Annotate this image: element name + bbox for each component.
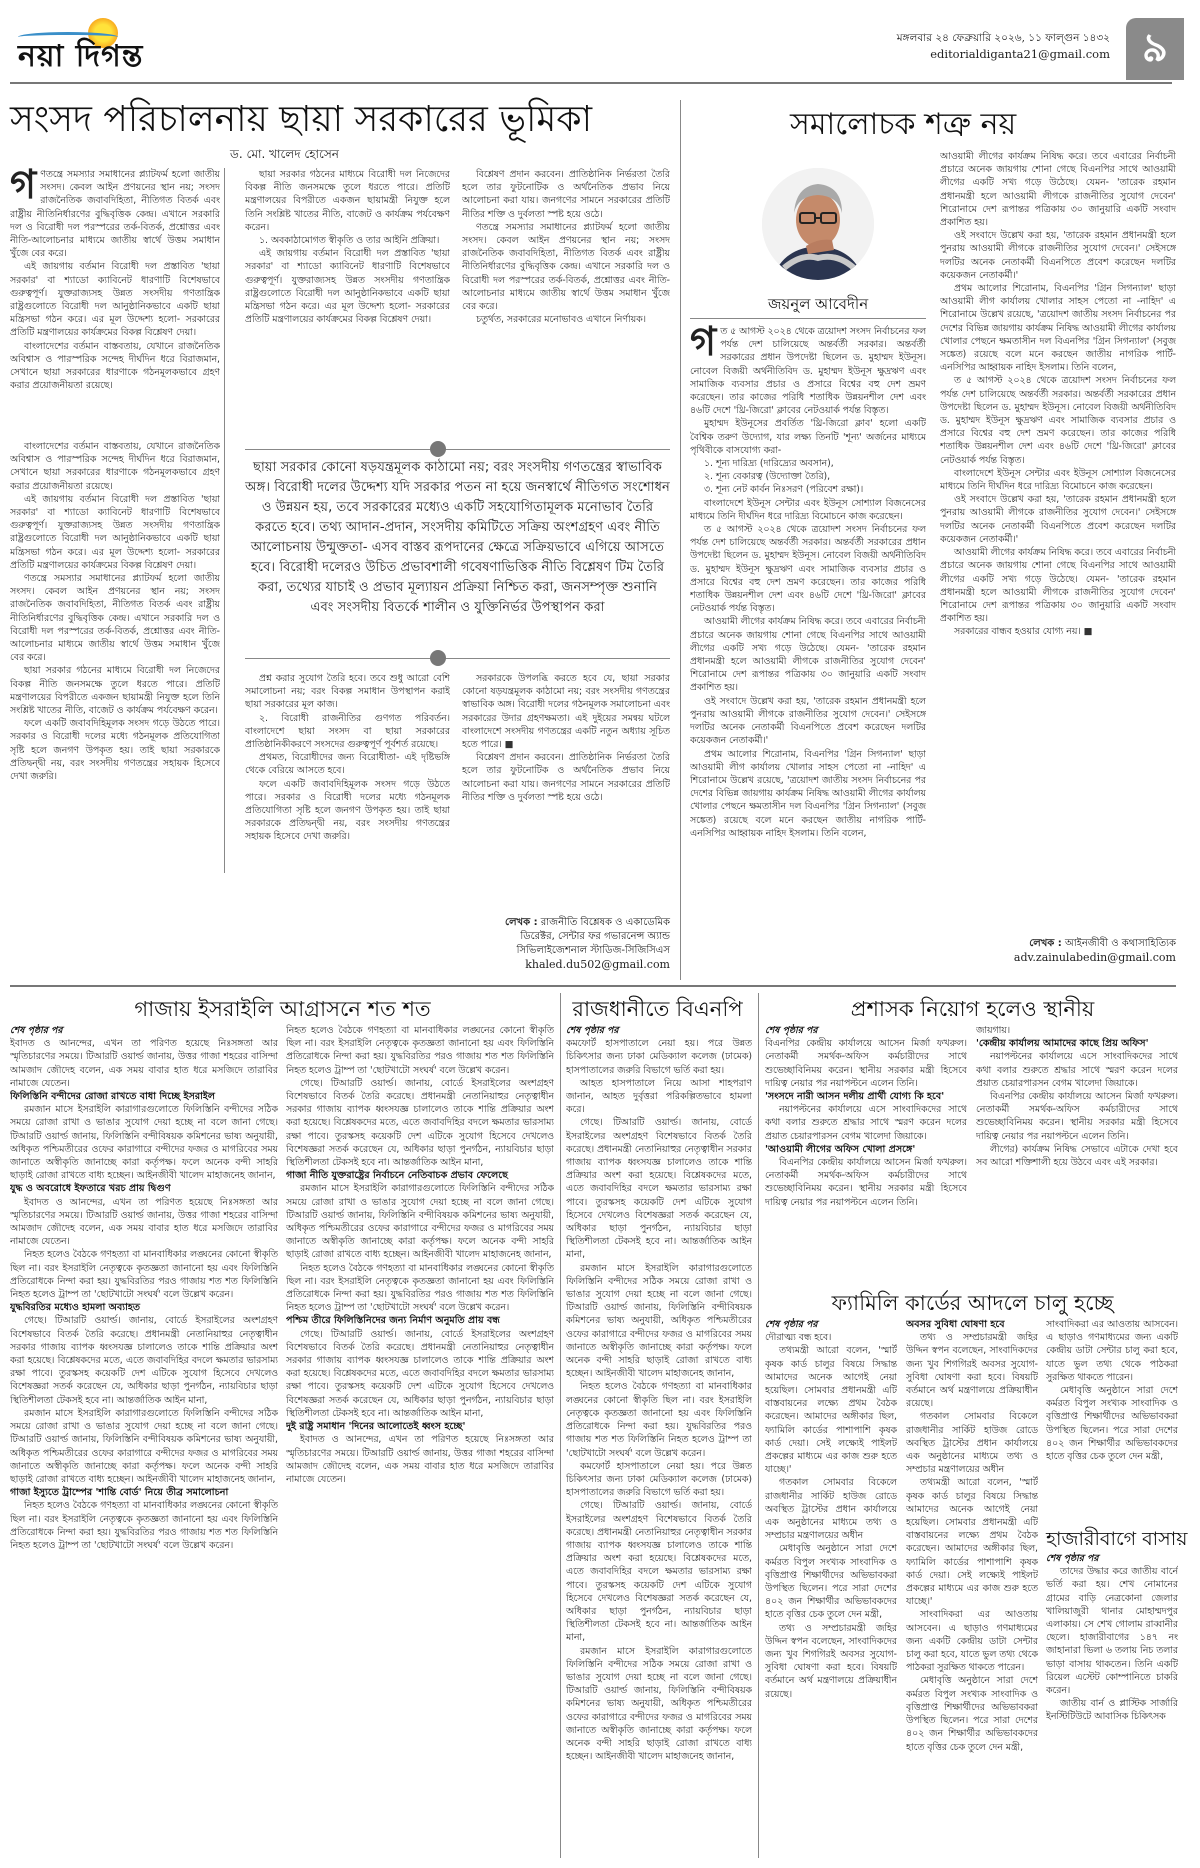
lead-column-1: গ ণতন্ত্রে সমস্যার সমাধানের প্ল্যাটফর্ম … xyxy=(10,168,220,440)
paragraph: কমফোর্ট হাসপাতালে নেয়া হয়। পরে উন্নত চ… xyxy=(566,1037,752,1077)
lead-byline: ড. মো. খালেদ হোসেন xyxy=(230,146,339,166)
paragraph: গেছে। টিআরটি ওয়ার্ল্ড। জানায়, বোর্ডে ই… xyxy=(10,1314,278,1406)
paragraph: বিএনপির কেন্দ্রীয় কার্যালয়ে আসেন মির্জ… xyxy=(765,1156,967,1209)
paragraph: ২. বিরোধী রাজনীতির গুণগত পরিবর্তন। বাংলা… xyxy=(245,712,450,752)
paragraph: মেধাবৃত্তি অনুষ্ঠানে সারা দেশে কর্মরত বি… xyxy=(1046,1384,1178,1463)
bnp-column: শেষ পৃষ্ঠার পর কমফোর্ট হাসপাতালে নেয়া হ… xyxy=(566,1024,752,1854)
logo-text: নয়া দিগন্ত xyxy=(18,32,143,83)
lead-column-1b: বাংলাদেশের বর্তমান বাস্তবতায়, যেখানে রা… xyxy=(10,440,220,880)
author-line-3: সিভিলাইজেশনাল স্টাডিজ-সিজিসিএস xyxy=(462,944,670,958)
dropcap: গ xyxy=(690,325,716,359)
lead-lower-right: সরকারকে উপলব্ধি করতে হবে যে, ছায়া সরকার… xyxy=(462,672,670,814)
pull-quote: ছায়া সরকার কোনো ষড়যন্ত্রমূলক কাঠামো নয… xyxy=(245,458,670,618)
paragraph: লীগের) কার্যক্রম নিষিদ্ধ সেভাবে এটাকে দে… xyxy=(976,1143,1178,1169)
masthead: নয়া দিগন্ত মঙ্গলবার ২৪ ফেব্রুয়ারি ২০২৬… xyxy=(0,0,1200,70)
list-item: ১. শূন্য দারিদ্র্য (দারিদ্র্যের অবসান), xyxy=(690,457,926,470)
paragraph: দৌরাত্ম্য বন্ধ হবে। xyxy=(765,1331,897,1344)
subheading: 'কেন্দ্রীয় কার্যালয় আমাদের কাছে প্রিয়… xyxy=(976,1037,1178,1050)
paragraph: ইবাদত ও আনন্দের, এখন তা পরিণত হয়েছে নিঃ… xyxy=(10,1037,278,1090)
paragraph: আওয়ামী লীগের কার্যক্রম নিষিদ্ধ করে। তবে… xyxy=(940,546,1176,625)
date-line: মঙ্গলবার ২৪ ফেব্রুয়ারি ২০২৬, ১১ ফাল্গুন… xyxy=(897,30,1110,46)
paragraph: ণতন্ত্রে সমস্যার সমাধানের প্ল্যাটফর্ম হল… xyxy=(462,221,670,313)
paragraph: চতুর্থত, সরকারের মনোভাবও এখানে নির্ণায়ক… xyxy=(462,313,670,326)
subheading: 'সংসদে নারী আসন দলীয় প্রার্থী যোগ্য কি … xyxy=(765,1090,967,1103)
paragraph: নিহত হলেও বৈঠকে গণহত্যা বা মানবাধিকার লঙ… xyxy=(566,1380,752,1459)
section-divider xyxy=(680,100,681,980)
author-portrait xyxy=(762,168,874,280)
dropcap: গ xyxy=(10,168,36,202)
author-line-1: রাজনীতি বিশ্লেষক ও একাডেমিক xyxy=(541,917,670,928)
pullquote-dot-bottom xyxy=(430,650,446,666)
subheading: ফিলিস্তিনি বন্দীদের রোজা রাখতে বাধা দিচ্… xyxy=(10,1090,278,1103)
continued-kicker: শেষ পৃষ্ঠার পর xyxy=(765,1318,897,1331)
pullquote-rule-bottom xyxy=(245,658,670,659)
paragraph: রমজান মাসে ইসরাইলি কারাগারগুলোতে ফিলিস্ত… xyxy=(10,1103,278,1182)
continued-kicker: শেষ পৃষ্ঠার পর xyxy=(1046,1552,1178,1565)
paragraph: তথ্য ও সম্প্রচারমন্ত্রী জহির উদ্দিন স্বপ… xyxy=(906,1331,1038,1410)
paragraph: সরকারকে উপলব্ধি করতে হবে যে, ছায়া সরকার… xyxy=(462,672,670,751)
paragraph: বিএনপির কেন্দ্রীয় কার্যালয়ে আসেন মির্জ… xyxy=(765,1037,967,1090)
paragraph: ফলে একটি জবাবদিহিমূলক সংসদ গড়ে উঠতে পার… xyxy=(245,778,450,844)
subheading: পশ্চিম তীরে ফিলিস্তিনিদের জন্য নির্মাণ অ… xyxy=(286,1314,554,1327)
paragraph: ফলে একটি জবাবদিহিমূলক সংসদ গড়ে উঠতে পার… xyxy=(10,717,220,783)
hazaribagh-column: শেষ পৃষ্ঠার পর তাদের উদ্ধার করে জাতীয় ব… xyxy=(1046,1552,1178,1858)
paragraph: আওয়ামী লীগের কার্যক্রম নিষিদ্ধ করে। তবে… xyxy=(690,615,926,694)
paragraph: গেছে। টিআরটি ওয়ার্ল্ড। জানায়, বোর্ডে ই… xyxy=(286,1328,554,1420)
paragraph: বাংলাদেশের বর্তমান বাস্তবতায়, যেখানে রা… xyxy=(10,340,220,393)
family-card-column-1: শেষ পৃষ্ঠার পর দৌরাত্ম্য বন্ধ হবে। তথ্যম… xyxy=(765,1318,897,1858)
date-block: মঙ্গলবার ২৪ ফেব্রুয়ারি ২০২৬, ১১ ফাল্গুন… xyxy=(897,30,1110,62)
portrait-image xyxy=(762,168,874,280)
paragraph: ওই সংবাদে উল্লেখ করা হয়, 'তারেক রহমান প… xyxy=(940,493,1176,546)
gaza-headline[interactable]: গাজায় ইসরাইলি আগ্রাসনে শত শত xyxy=(10,993,555,1028)
paragraph: গেছে। টিআরটি ওয়ার্ল্ড। জানায়, বোর্ডে ই… xyxy=(566,1116,752,1261)
paragraph: বাংলাদেশের বর্তমান বাস্তবতায়, যেখানে রা… xyxy=(10,440,220,493)
top-divider xyxy=(10,82,1172,84)
list-item: ৩. শূন্য নেট কার্বন নিঃসরণ (পরিবেশ রক্ষা… xyxy=(690,483,926,496)
list-item: ২. শূন্য বেকারত্ব (উদ্যোক্তা তৈরি), xyxy=(690,470,926,483)
editorial-email[interactable]: editorialdiganta21@gmail.com xyxy=(897,46,1110,62)
administrator-column-1: শেষ পৃষ্ঠার পর বিএনপির কেন্দ্রীয় কার্যা… xyxy=(765,1024,967,1274)
column-divider xyxy=(224,168,225,873)
paragraph: রমজান মাসে ইসরাইলি কারাগারগুলোতে ফিলিস্ত… xyxy=(566,1262,752,1381)
fold-divider xyxy=(10,985,1176,987)
paragraph: তথ্যমন্ত্রী আরো বলেন, 'স্মার্ট কৃষক কার্… xyxy=(906,1476,1038,1608)
lead-column-2: ছায়া সরকার গঠনের মাধ্যমে বিরোধী দল নিজে… xyxy=(245,168,450,438)
pullquote-dot-top xyxy=(430,441,446,457)
subheading: 'আওয়ামী লীগের অফিস খোলা প্রসঙ্গে' xyxy=(765,1143,967,1156)
paragraph: সাংবাদিকরা এর আওতায় আসবেন। এ ছাড়াও গণম… xyxy=(1046,1318,1178,1384)
paragraph: গতকাল সোমবার বিকেলে রাজধানীর সার্কিট হাউ… xyxy=(765,1476,897,1542)
side-column-2: আওয়ামী লীগের কার্যক্রম নিষিদ্ধ করে। তবে… xyxy=(940,150,1176,925)
paragraph: এই জায়গায় বর্তমান বিরোধী দল প্রস্তাবিত… xyxy=(10,260,220,339)
paragraph: সরকারের বান্ধব হওয়ার যোগ্য নয়। ■ xyxy=(940,625,1176,638)
author-email[interactable]: adv.zainulabedin@gmail.com xyxy=(940,951,1176,965)
author-label: লেখক : xyxy=(1029,938,1062,949)
paragraph: ত ৫ আগস্ট ২০২৪ থেকে ত্রয়োদশ সংসদ নির্বা… xyxy=(690,523,926,615)
subheading: যুদ্ধবিরতির মধ্যেও হামলা অব্যাহত xyxy=(10,1301,278,1314)
paragraph: রমজান মাসে ইসরাইলি কারাগারগুলোতে ফিলিস্ত… xyxy=(566,1645,752,1764)
paragraph: জাতীয় বার্ন ও প্লাস্টিক সার্জারি ইনস্টি… xyxy=(1046,1697,1178,1723)
paragraph: প্রথম আলোর শিরোনাম, বিএনপির 'গ্রিন সিগন্… xyxy=(940,282,1176,374)
lead-headline[interactable]: সংসদ পরিচালনায় ছায়া সরকারের ভূমিকা xyxy=(10,92,650,152)
family-card-column-2: অবসর সুবিধা ঘোষণা হবে তথ্য ও সম্প্রচারমন… xyxy=(906,1318,1038,1858)
subheading: অবসর সুবিধা ঘোষণা হবে xyxy=(906,1318,1038,1331)
paragraph: ছায়া সরকার গঠনের মাধ্যমে বিরোধী দল নিজে… xyxy=(10,664,220,717)
continued-kicker: শেষ পৃষ্ঠার পর xyxy=(10,1024,278,1037)
administrator-column-2: জায়গায়। 'কেন্দ্রীয় কার্যালয় আমাদের ক… xyxy=(976,1024,1178,1274)
paragraph: মেধাবৃত্তি অনুষ্ঠানে সারা দেশে কর্মরত বি… xyxy=(906,1674,1038,1753)
paragraph: গতকাল সোমবার বিকেলে রাজধানীর সার্কিট হাউ… xyxy=(906,1410,1038,1476)
paragraph: তাদের উদ্ধার করে জাতীয় বার্নে ভর্তি করা… xyxy=(1046,1565,1178,1697)
bnp-headline[interactable]: রাজধানীতে বিএনপি xyxy=(565,993,750,1028)
side-author: জয়নুল আবেদীন xyxy=(768,293,868,318)
lead-lower-mid: প্রশ্ন করার সুযোগ তৈরি হবে। তবে শুধু আরো… xyxy=(245,672,450,880)
author-line-2: ডিরেক্টর, সেন্টার ফর গভারনেন্স অ্যান্ড xyxy=(462,930,670,944)
paragraph: আহত হাসপাতালে নিয়ে আসা শাহপরাণ জানান, আ… xyxy=(566,1077,752,1117)
paragraph: এই জায়গায় বর্তমান বিরোধী দল প্রস্তাবিত… xyxy=(10,493,220,572)
author-label: লেখক : xyxy=(505,917,538,928)
paragraph: ইবাদত ও আনন্দের, এখন তা পরিণত হয়েছে নিঃ… xyxy=(286,1433,554,1486)
paragraph: নয়াপল্টনের কার্যালয়ে এসে সাংবাদিকদের স… xyxy=(976,1050,1178,1090)
paragraph: বিশ্লেষণ প্রদান করবেন। প্রাতিষ্ঠানিক নির… xyxy=(462,751,670,804)
page-number-badge: ৯ xyxy=(1126,18,1184,80)
gaza-column-1: শেষ পৃষ্ঠার পর ইবাদত ও আনন্দের, এখন তা প… xyxy=(10,1024,278,1854)
administrator-headline[interactable]: প্রশাসক নিয়োগ হলেও স্থানীয় xyxy=(765,993,1180,1028)
paragraph: বিএনপির কেন্দ্রীয় কার্যালয়ে আসেন মির্জ… xyxy=(976,1090,1178,1143)
paragraph: ত ৫ আগস্ট ২০২৪ থেকে ত্রয়োদশ সংসদ নির্বা… xyxy=(940,374,1176,466)
paragraph: এই জায়গায় বর্তমান বিরোধী দল প্রস্তাবিত… xyxy=(245,247,450,326)
author-email[interactable]: khaled.du502@gmail.com xyxy=(462,958,670,972)
lead-author-note: লেখক : রাজনীতি বিশ্লেষক ও একাডেমিক ডিরেক… xyxy=(462,916,670,972)
paragraph: নিহত হলেও বৈঠকে গণহত্যা বা মানবাধিকার লঙ… xyxy=(286,1262,554,1315)
family-card-headline[interactable]: ফ্যামিলি কার্ডের আদলে চালু হচ্ছে xyxy=(765,1287,1180,1322)
paragraph: তথ্যমন্ত্রী আরো বলেন, 'স্মার্ট কৃষক কার্… xyxy=(765,1344,897,1476)
paragraph: জায়গায়। xyxy=(976,1024,1178,1037)
side-headline[interactable]: সমালোচক শত্রু নয় xyxy=(790,100,1016,151)
paragraph: রমজান মাসে ইসরাইলি কারাগারগুলোতে ফিলিস্ত… xyxy=(286,1182,554,1261)
paragraph: প্রথমত, বিরোধীদের জন্য বিরোধীতা- এই দৃষ্… xyxy=(245,751,450,777)
paragraph: প্রথম আলোর শিরোনাম, বিএনপির 'গ্রিন সিগন্… xyxy=(690,748,926,840)
paragraph: মুহাম্মদ ইউনূসের প্রবর্তিত 'থ্রি-জিরো ক্… xyxy=(690,417,926,457)
continued-kicker: শেষ পৃষ্ঠার পর xyxy=(566,1024,752,1037)
lead-column-3: বিশ্লেষণ প্রদান করবেন। প্রাতিষ্ঠানিক নির… xyxy=(462,168,670,438)
paragraph: ইবাদত ও আনন্দের, এখন তা পরিণত হয়েছে নিঃ… xyxy=(10,1196,278,1249)
newspaper-logo[interactable]: নয়া দিগন্ত xyxy=(18,18,208,66)
paragraph: মেধাবৃত্তি অনুষ্ঠানে সারা দেশে কর্মরত বি… xyxy=(765,1542,897,1621)
subheading: গাজা ইস্যুতে ট্রাম্পের 'শান্তি বোর্ড' নি… xyxy=(10,1486,278,1499)
paragraph: তথ্য ও সম্প্রচারমন্ত্রী জহির উদ্দিন স্বপ… xyxy=(765,1622,897,1701)
paragraph: ওই সংবাদে উল্লেখ করা হয়, 'তারেক রহমান প… xyxy=(940,229,1176,282)
gaza-column-2: নিহত হলেও বৈঠকে গণহত্যা বা মানবাধিকার লঙ… xyxy=(286,1024,554,1854)
paragraph: ছায়া সরকার গঠনের মাধ্যমে বিরোধী দল নিজে… xyxy=(245,168,450,234)
paragraph: ত ৫ আগস্ট ২০২৪ থেকে ত্রয়োদশ সংসদ নির্বা… xyxy=(690,325,926,417)
side-column-1: গ ত ৫ আগস্ট ২০২৪ থেকে ত্রয়োদশ সংসদ নির্… xyxy=(690,325,926,985)
author-line-1: আইনজীবী ও কথাসাহিত্যিক xyxy=(1065,938,1176,949)
paragraph: ণতন্ত্রে সমস্যার সমাধানের প্ল্যাটফর্ম হল… xyxy=(10,572,220,664)
author-divider xyxy=(690,318,926,319)
paragraph: ওই সংবাদে উল্লেখ করা হয়, 'তারেক রহমান প… xyxy=(690,695,926,748)
side-author-note: লেখক : আইনজীবী ও কথাসাহিত্যিক adv.zainul… xyxy=(940,937,1176,965)
paragraph: প্রশ্ন করার সুযোগ তৈরি হবে। তবে শুধু আরো… xyxy=(245,672,450,712)
pullquote-rule-top xyxy=(245,449,670,450)
paragraph: বাংলাদেশে ইউনূস সেন্টার এবং ইউনূস সোশ্যা… xyxy=(690,497,926,523)
paragraph: বাংলাদেশে ইউনূস সেন্টার এবং ইউনূস সোশ্যা… xyxy=(940,467,1176,493)
subheading: যুদ্ধ ও অবরোধে ইফতারে খরচ প্রায় দ্বিগুণ xyxy=(10,1182,278,1195)
column-divider xyxy=(560,993,561,1858)
paragraph: আওয়ামী লীগের কার্যক্রম নিষিদ্ধ করে। তবে… xyxy=(940,150,1176,229)
continued-kicker: শেষ পৃষ্ঠার পর xyxy=(765,1024,967,1037)
paragraph: নিহত হলেও বৈঠকে গণহত্যা বা মানবাধিকার লঙ… xyxy=(286,1024,554,1077)
paragraph: সাংবাদিকরা এর আওতায় আসবেন। এ ছাড়াও গণম… xyxy=(906,1608,1038,1674)
paragraph: রমজান মাসে ইসরাইলি কারাগারগুলোতে ফিলিস্ত… xyxy=(10,1407,278,1486)
paragraph: ণতন্ত্রে সমস্যার সমাধানের প্ল্যাটফর্ম হল… xyxy=(10,168,220,260)
paragraph: নয়াপল্টনের কার্যালয়ে এসে সাংবাদিকদের স… xyxy=(765,1103,967,1143)
paragraph: বিশ্লেষণ প্রদান করবেন। প্রাতিষ্ঠানিক নির… xyxy=(462,168,670,221)
subheading: গাজা নীতি যুক্তরাষ্ট্রের নির্বাচনে নেতিব… xyxy=(286,1169,554,1182)
paragraph: কমফোর্ট হাসপাতালে নেয়া হয়। পরে উন্নত চ… xyxy=(566,1460,752,1500)
paragraph: নিহত হলেও বৈঠকে গণহত্যা বা মানবাধিকার লঙ… xyxy=(10,1499,278,1552)
column-divider xyxy=(758,993,759,1858)
paragraph: ১. অবকাঠামোগত স্বীকৃতি ও তার আইনি প্রক্র… xyxy=(245,234,450,247)
subheading: দুই রাষ্ট্র সমাধান 'দিনের আলোতেই ধ্বংস হ… xyxy=(286,1420,554,1433)
paragraph: নিহত হলেও বৈঠকে গণহত্যা বা মানবাধিকার লঙ… xyxy=(10,1248,278,1301)
paragraph: গেছে। টিআরটি ওয়ার্ল্ড। জানায়, বোর্ডে ই… xyxy=(566,1499,752,1644)
paragraph: গেছে। টিআরটি ওয়ার্ল্ড। জানায়, বোর্ডে ই… xyxy=(286,1077,554,1169)
